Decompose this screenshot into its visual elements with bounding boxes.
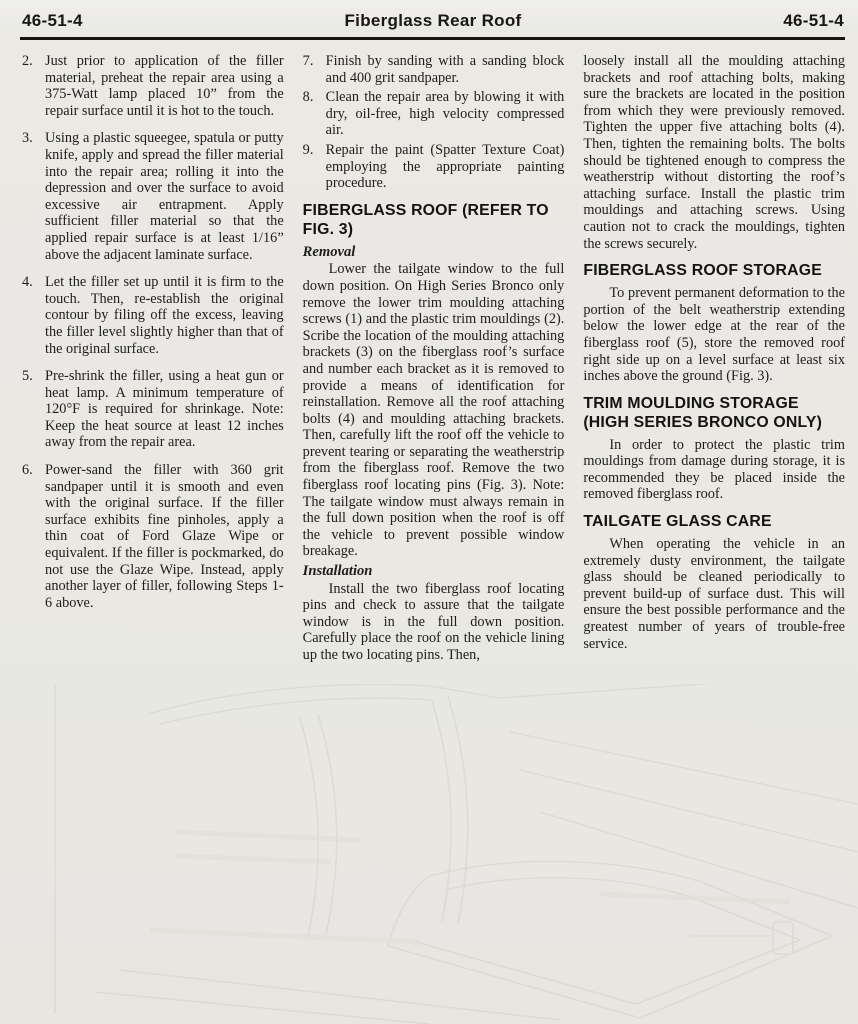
step-text: Using a plastic squeegee, spatula or put… <box>45 130 284 262</box>
step-number: 4. <box>22 274 33 291</box>
page-title: Fiberglass Rear Roof <box>345 11 522 31</box>
numbered-step: 4. Let the filler set up until it is fir… <box>22 274 284 357</box>
step-number: 8. <box>303 89 314 106</box>
column-1: 2. Just prior to application of the fill… <box>22 53 284 666</box>
subheading-removal: Removal <box>303 244 565 261</box>
numbered-step: 6. Power-sand the filler with 360 grit s… <box>22 462 284 611</box>
step-text: Pre-shrink the filler, using a heat gun … <box>45 368 284 450</box>
body-paragraph: In order to protect the plastic trim mou… <box>583 437 845 503</box>
section-heading-trim-moulding-storage: TRIM MOULDING STORAGE (HIGH SERIES BRONC… <box>583 394 845 432</box>
step-text: Just prior to application of the filler … <box>45 53 284 119</box>
page-number-right: 46-51-4 <box>783 11 844 31</box>
step-number: 3. <box>22 130 33 147</box>
step-number: 5. <box>22 368 33 385</box>
body-paragraph-continuation: loosely install all the moulding attachi… <box>583 53 845 252</box>
step-number: 7. <box>303 53 314 70</box>
numbered-step: 7. Finish by sanding with a sanding bloc… <box>303 53 565 86</box>
body-paragraph: Install the two fiberglass roof locating… <box>303 581 565 664</box>
step-text: Repair the paint (Spatter Texture Coat) … <box>326 142 565 191</box>
step-number: 6. <box>22 462 33 479</box>
section-heading-fiberglass-roof: FIBERGLASS ROOF (REFER TO FIG. 3) <box>303 201 565 239</box>
step-number: 2. <box>22 53 33 70</box>
step-text: Let the filler set up until it is firm t… <box>45 274 284 356</box>
step-text: Finish by sanding with a sanding block a… <box>326 53 565 86</box>
manual-page: 46-51-4 Fiberglass Rear Roof 46-51-4 2. … <box>0 0 858 1024</box>
numbered-step: 2. Just prior to application of the fill… <box>22 53 284 119</box>
section-heading-tailgate-glass-care: TAILGATE GLASS CARE <box>583 512 845 531</box>
column-2: 7. Finish by sanding with a sanding bloc… <box>303 53 565 666</box>
body-paragraph: When operating the vehicle in an extreme… <box>583 536 845 652</box>
subheading-installation: Installation <box>303 563 565 580</box>
faded-figure-bleedthrough <box>0 684 858 1024</box>
page-number-left: 46-51-4 <box>22 11 83 31</box>
text-columns: 2. Just prior to application of the fill… <box>0 40 858 666</box>
body-paragraph: To prevent permanent deformation to the … <box>583 285 845 385</box>
step-text: Clean the repair area by blowing it with… <box>326 89 565 138</box>
page-header: 46-51-4 Fiberglass Rear Roof 46-51-4 <box>0 0 858 31</box>
body-paragraph: Lower the tailgate window to the full do… <box>303 261 565 560</box>
step-text: Power-sand the filler with 360 grit sand… <box>45 462 284 611</box>
numbered-step: 3. Using a plastic squeegee, spatula or … <box>22 130 284 263</box>
numbered-step: 8. Clean the repair area by blowing it w… <box>303 89 565 139</box>
step-number: 9. <box>303 142 314 159</box>
section-heading-roof-storage: FIBERGLASS ROOF STORAGE <box>583 261 845 280</box>
numbered-step: 5. Pre-shrink the filler, using a heat g… <box>22 368 284 451</box>
numbered-step: 9. Repair the paint (Spatter Texture Coa… <box>303 142 565 192</box>
column-3: loosely install all the moulding attachi… <box>583 53 845 666</box>
